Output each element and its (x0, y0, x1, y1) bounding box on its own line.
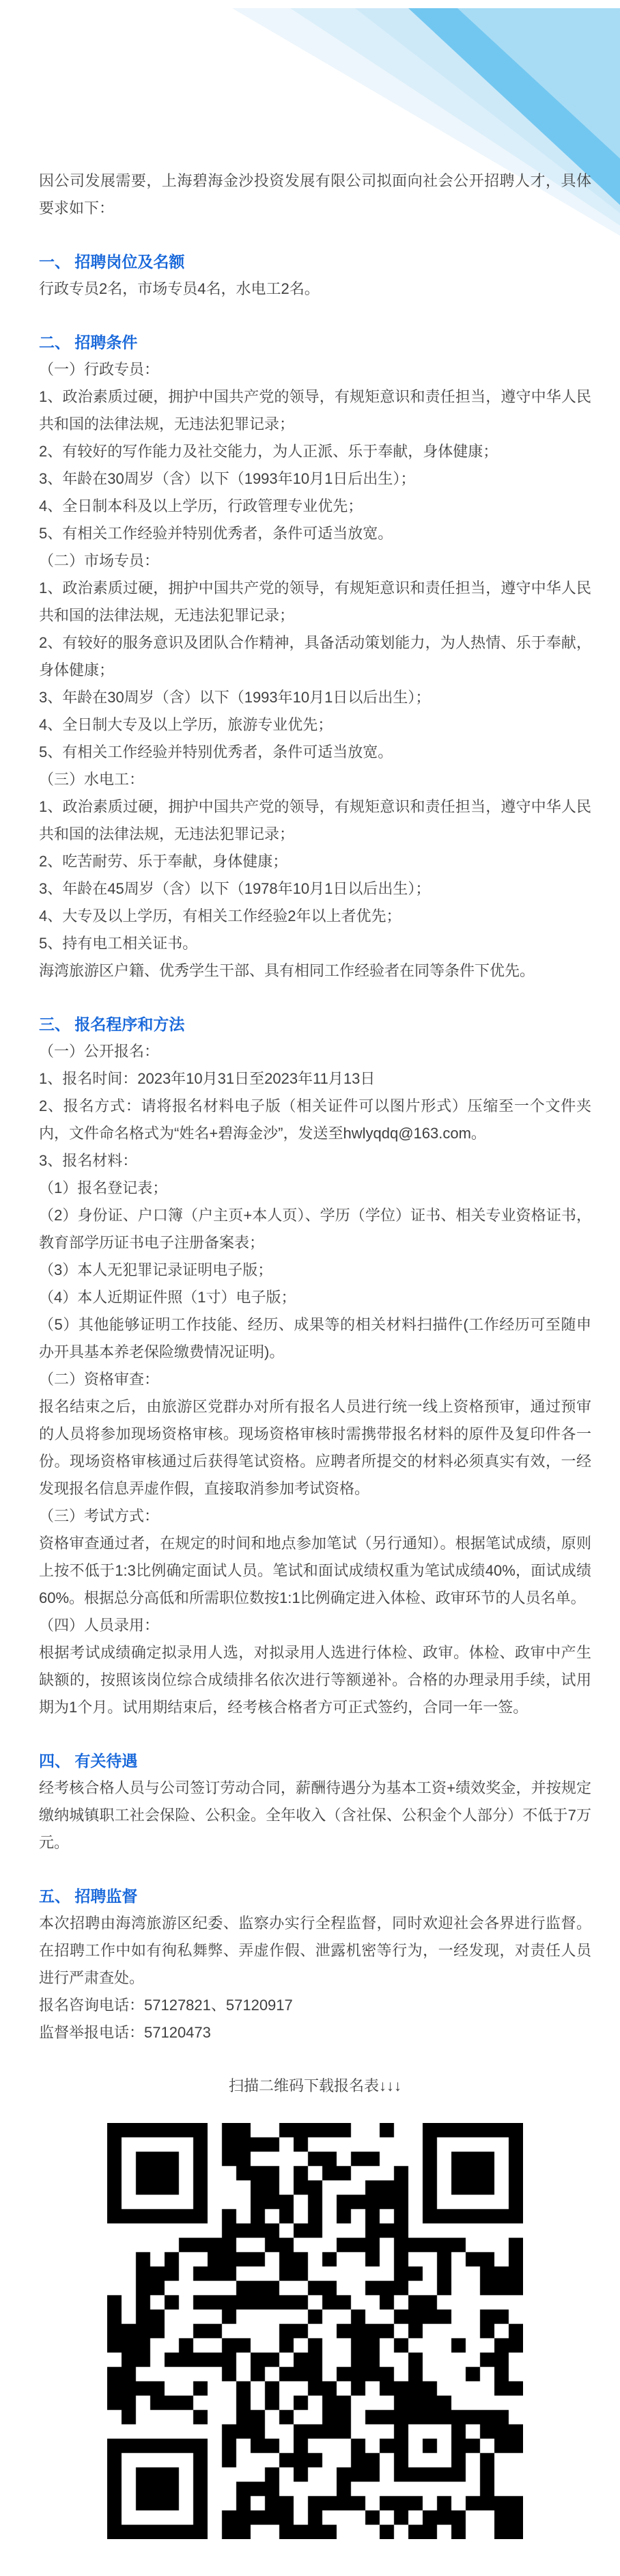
section-paragraph: （5）其他能够证明工作技能、经历、成果等的相关材料扫描件(工作经历可至随申办开具… (39, 1311, 591, 1366)
section-paragraph: （三）水电工： (39, 766, 591, 793)
section-paragraph: （2）身份证、户口簿（户主页+本人页）、学历（学位）证书、相关专业资格证书，教育… (39, 1202, 591, 1257)
section-paragraph: 4、全日制大专及以上学历，旅游专业优先； (39, 711, 591, 739)
notice-body: 因公司发展需要，上海碧海金沙投资发展有限公司拟面向社会公开招聘人才，具体要求如下… (0, 0, 620, 2570)
section-paragraph: 1、政治素质过硬，拥护中国共产党的领导，有规矩意识和责任担当，遵守中华人民共和国… (39, 383, 591, 438)
intro-paragraph: 因公司发展需要，上海碧海金沙投资发展有限公司拟面向社会公开招聘人才，具体要求如下… (39, 167, 591, 222)
section-paragraph: 2、有较好的写作能力及社交能力，为人正派、乐于奉献，身体健康； (39, 438, 591, 465)
section-title: 二、 招聘条件 (39, 329, 591, 356)
section-paragraph: 监督举报电话：57120473 (39, 2019, 591, 2046)
section-title: 一、 招聘岗位及名额 (39, 248, 591, 275)
section-paragraph: 报名结束之后，由旅游区党群办对所有报名人员进行统一线上资格预审，通过预审的人员将… (39, 1393, 591, 1503)
section-paragraph: 1、政治素质过硬，拥护中国共产党的领导，有规矩意识和责任担当，遵守中华人民共和国… (39, 575, 591, 629)
section-paragraph: 3、年龄在45周岁（含）以下（1978年10月1日以后出生）； (39, 875, 591, 903)
section-paragraph: 行政专员2名，市场专员4名，水电工2名。 (39, 275, 591, 303)
section-paragraph: （二）市场专员： (39, 547, 591, 575)
section-paragraph: 本次招聘由海湾旅游区纪委、监察办实行全程监督，同时欢迎社会各界进行监督。在招聘工… (39, 1910, 591, 1992)
section-paragraph: 1、报名时间：2023年10月31日至2023年11月13日 (39, 1065, 591, 1093)
section-paragraph: 2、吃苦耐劳、乐于奉献，身体健康； (39, 848, 591, 875)
section-paragraph: 2、报名方式：请将报名材料电子版（相关证件可以图片形式）压缩至一个文件夹内，文件… (39, 1093, 591, 1147)
section-paragraph: （四）人员录用： (39, 1612, 591, 1639)
section-paragraph: （三）考试方式： (39, 1503, 591, 1530)
section-paragraph: 3、报名材料： (39, 1147, 591, 1175)
section-paragraph: 4、全日制本科及以上学历，行政管理专业优先； (39, 493, 591, 520)
section-paragraph: （4）本人近期证件照（1寸）电子版； (39, 1284, 591, 1311)
qr-code (107, 2123, 523, 2539)
section-paragraph: 资格审查通过者，在规定的时间和地点参加笔试（另行通知）。根据笔试成绩，原则上按不… (39, 1530, 591, 1612)
section-paragraph: 3、年龄在30周岁（含）以下（1993年10月1日后出生）； (39, 465, 591, 493)
section-paragraph: （3）本人无犯罪记录证明电子版； (39, 1257, 591, 1284)
section-paragraph: 海湾旅游区户籍、优秀学生干部、具有相同工作经验者在同等条件下优先。 (39, 957, 591, 985)
qr-code-container (39, 2123, 591, 2543)
section-paragraph: 5、持有电工相关证书。 (39, 930, 591, 957)
section-title: 五、 招聘监督 (39, 1882, 591, 1910)
section-title: 三、 报名程序和方法 (39, 1011, 591, 1038)
section-paragraph: （二）资格审查： (39, 1366, 591, 1393)
qr-caption: 扫描二维码下载报名表↓↓↓ (39, 2072, 591, 2100)
section-paragraph: 4、大专及以上学历，有相关工作经验2年以上者优先； (39, 903, 591, 930)
section-paragraph: 1、政治素质过硬，拥护中国共产党的领导，有规矩意识和责任担当，遵守中华人民共和国… (39, 793, 591, 848)
section-paragraph: （一）行政专员： (39, 356, 591, 383)
section-paragraph: 5、有相关工作经验并特别优秀者，条件可适当放宽。 (39, 739, 591, 766)
sections-container: 一、 招聘岗位及名额行政专员2名，市场专员4名，水电工2名。二、 招聘条件（一）… (39, 248, 591, 2046)
section-paragraph: （1）报名登记表； (39, 1175, 591, 1202)
section-paragraph: 经考核合格人员与公司签订劳动合同，薪酬待遇分为基本工资+绩效奖金，并按规定缴纳城… (39, 1775, 591, 1856)
section-paragraph: 5、有相关工作经验并特别优秀者，条件可适当放宽。 (39, 520, 591, 547)
section-title: 四、 有关待遇 (39, 1747, 591, 1775)
section-paragraph: 3、年龄在30周岁（含）以下（1993年10月1日以后出生）； (39, 684, 591, 711)
section-paragraph: 根据考试成绩确定拟录用人选，对拟录用人选进行体检、政审。体检、政审中产生缺额的，… (39, 1639, 591, 1721)
recruitment-notice-page: 因公司发展需要，上海碧海金沙投资发展有限公司拟面向社会公开招聘人才，具体要求如下… (0, 0, 620, 2576)
section-paragraph: 报名咨询电话：57127821、57120917 (39, 1992, 591, 2019)
section-paragraph: （一）公开报名： (39, 1038, 591, 1065)
section-paragraph: 2、有较好的服务意识及团队合作精神，具备活动策划能力，为人热情、乐于奉献，身体健… (39, 629, 591, 684)
